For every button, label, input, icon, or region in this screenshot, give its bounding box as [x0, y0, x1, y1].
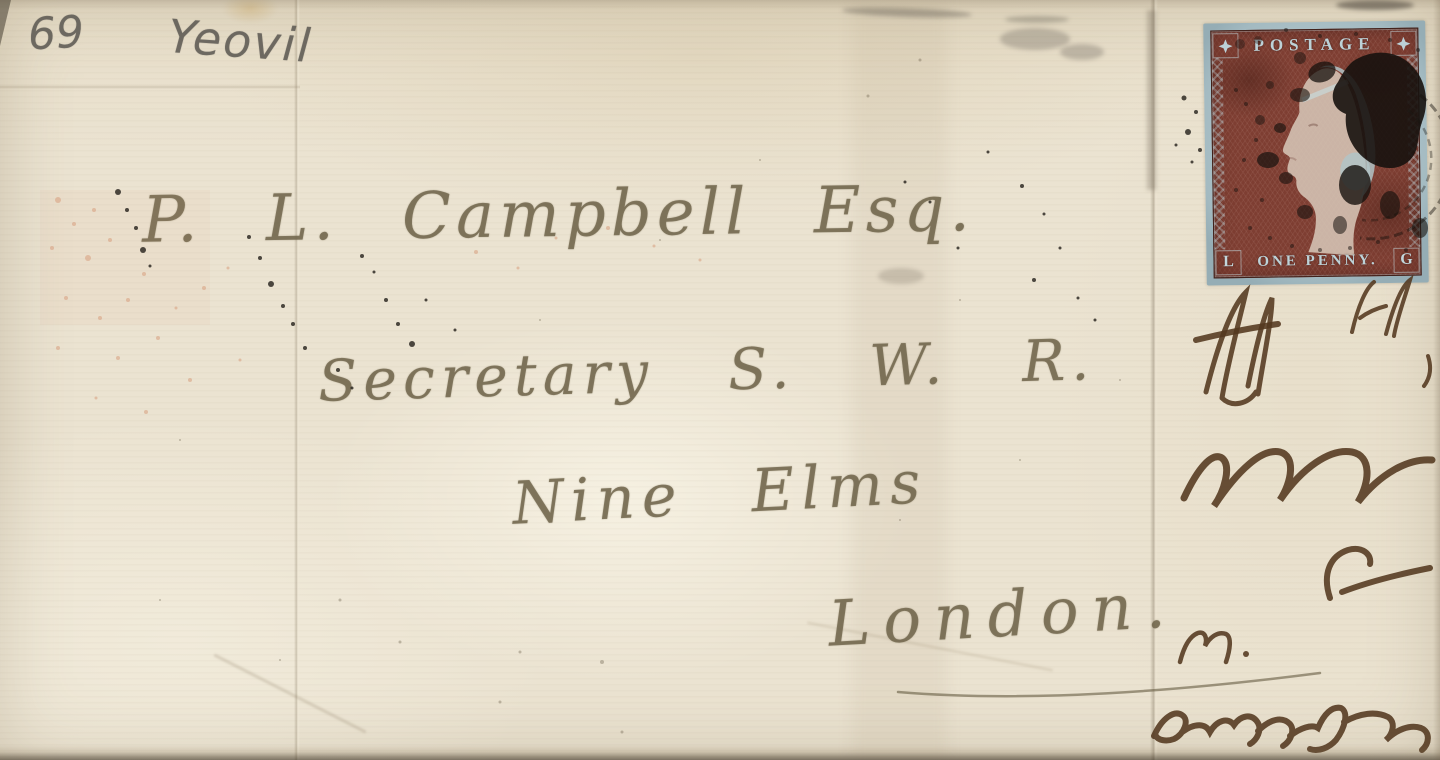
london-underline-flourish [898, 673, 1320, 696]
paper-specks [159, 59, 1121, 734]
scan-corner-shadow [0, 0, 11, 46]
ink-spatter [115, 96, 1202, 390]
paper-edge-right [1433, 0, 1440, 760]
red-postmark-traces [40, 190, 702, 414]
right-edge-ink-fragments [1154, 280, 1432, 750]
cancellation-mark [1234, 28, 1440, 252]
ink-overlay [0, 0, 1440, 760]
postal-cover: 69 Yeovil P. L. Campbell Esq. Secretary … [0, 0, 1440, 760]
paper-edge-bottom [0, 745, 1440, 760]
paper-edge-top [0, 0, 1440, 10]
